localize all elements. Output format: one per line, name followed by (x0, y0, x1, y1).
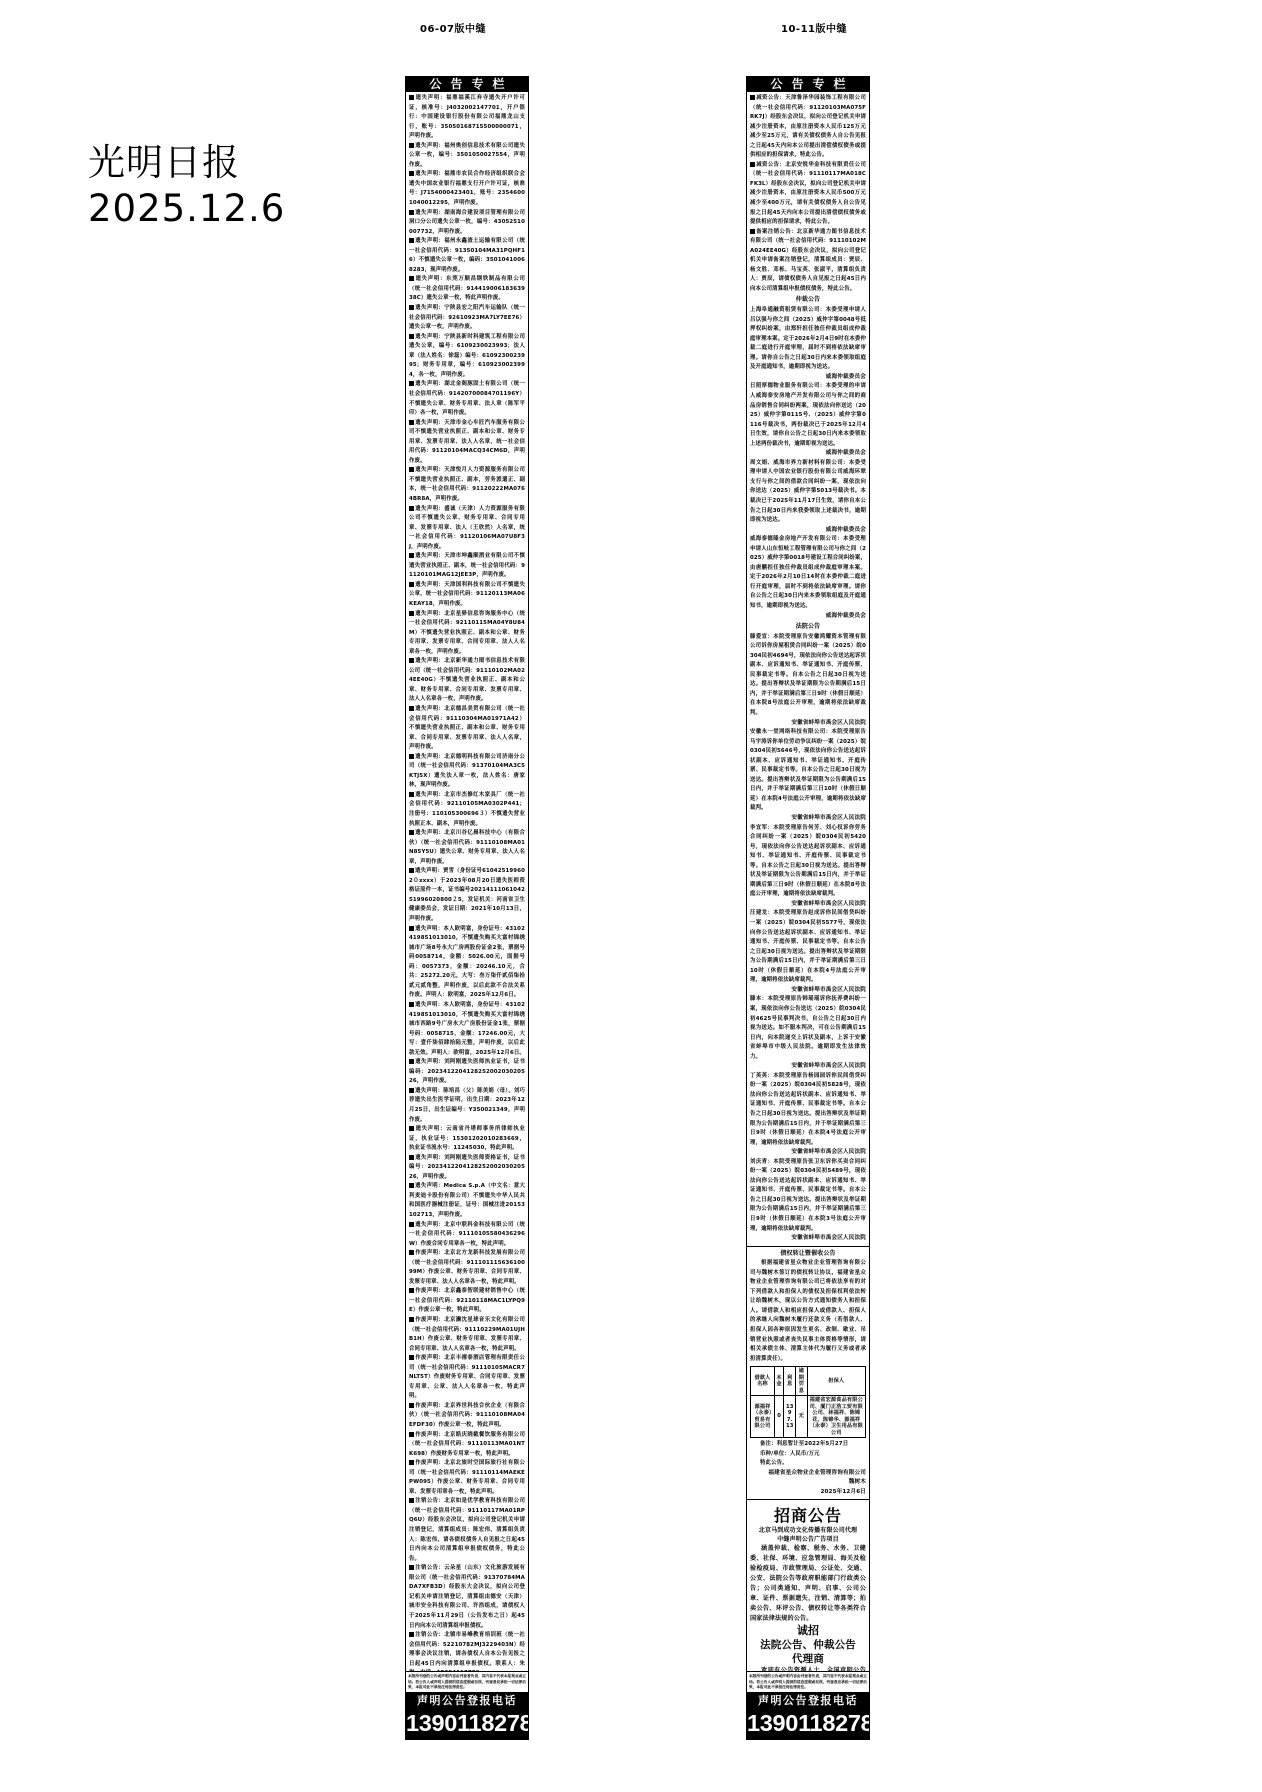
notice-text: ：天津市金心车匠汽车服务有限公司不慎遗失营业执照正、副本和公章、财务专用章、发票… (409, 420, 525, 464)
notice-text: ：北京安锐华金科技有限责任公司（统一社会信用代码：91110117MA018CF… (750, 162, 866, 225)
notice-item: 作废声明：北京皓庆晓截餐饮服务有限公司（统一社会信用代码：91110113MA0… (409, 1431, 525, 1460)
notice-list: 遗失声明：福鼎福溪江弃寺遗失开户许可证，核准号：J4032002147701，开… (406, 92, 528, 1671)
recruit-ad: 招商公告 北京马到成功文化传播有限公司代理 中缝声明公告广告项目 涵盖仲裁、检察… (750, 1502, 866, 1671)
notice-item: 遗失声明：盛诚（天津）人力资源服务有限公司不慎遗失公章、财务专用章、合同专用章、… (409, 505, 525, 553)
notice-signer: 安徽省蚌埠市禹会区人民法院 (750, 900, 866, 910)
bullet-square-icon (409, 1317, 414, 1322)
bullet-square-icon (409, 467, 414, 472)
bullet-square-icon (409, 171, 414, 176)
bullet-square-icon (409, 506, 414, 511)
notice-item: 遗失声明：福州永鑫渣土运输有限公司（统一社会信用代码：91350104MA31P… (409, 237, 525, 275)
notice-item: 作废声明：北京濑沈星球音乐文化有限公司（统一社会信用代码：91110229MA0… (409, 1316, 525, 1354)
notice-kind: 遗失声明 (415, 611, 438, 617)
notice-text: ：本委受理申请人山东恒岐工程管理有限公司与你之间（2025）威仲字第0018号建… (750, 536, 866, 609)
left-notice-column: 公告专栏 遗失声明：福鼎福溪江弃寺遗失开户许可证，核准号：J4032002147… (405, 76, 529, 1740)
disclaimer: 本版所刊登的公告或声明内容由刊登者负责，其内容不代表本报观点或立场。若公告人或声… (406, 1671, 528, 1692)
notice-item: 滕本：本院受理原告韩瑶瑶诉你抚养费纠纷一案，现依法向你公告送达（2025）皖03… (750, 995, 866, 1062)
notice-item: 安徽永一堂网络科技有限公司：本院受理原告马宇涛诉你单位劳动争议纠纷一案（2025… (750, 728, 866, 814)
hotline-banner: 声明公告登报电话 13901182789 (406, 1692, 528, 1739)
recruit-title: 招商公告 (750, 1506, 866, 1526)
notice-item: 遗失声明：云南省丹塔师事务所律师执业证，执业证号：153012020102836… (409, 1125, 525, 1154)
fold-label-left: 06-07版中缝 (420, 20, 486, 35)
notice-item: 上海阜通融资租赁有限公司：本委受理申请人吕以强与你之间（2025）威仲字第004… (750, 306, 866, 373)
notice-item: 注销公告：北镇市易峰教育培训班（统一社会信用代码：52210782MJ32294… (409, 1631, 525, 1671)
notice-recipient: 上海阜通融资租赁有限公司 (750, 307, 820, 313)
table-cell: 0 (774, 1396, 783, 1438)
notice-kind: 遗失声明 (415, 95, 440, 101)
hotline-phone: 13901182789 (406, 1709, 528, 1739)
bullet-square-icon (409, 210, 414, 215)
table-header-cell: 本金 (774, 1367, 783, 1396)
notice-kind: 遗失声明 (415, 792, 438, 798)
table-header-cell: 利息 (784, 1367, 796, 1396)
bullet-square-icon (409, 1565, 414, 1570)
recruit-invite: 诚招 (750, 1624, 866, 1638)
notice-kind: 遗失声明 (415, 506, 438, 512)
hotline-label: 声明公告登报电话 (747, 1692, 869, 1709)
notice-item: 滕爱宣：本院受理原告安徽鸿耀资本管理有限公司诉你房屋租赁合同纠纷一案（2025）… (750, 633, 866, 719)
notice-signer: 安徽省蚌埠市禹会区人民法院 (750, 1148, 866, 1158)
bullet-square-icon (409, 611, 414, 616)
notice-kind: 遗失声明 (415, 171, 438, 177)
notice-text: ：北京新华通力图书信息技术有限公司（统一社会信用代码：91110102MA024… (750, 229, 866, 292)
notice-text: ：本院受理原告韩瑶瑶诉你抚养费纠纷一案，现依法向你公告送达（2025）皖0304… (750, 996, 866, 1059)
notice-item: 遗失声明：天津市坤鑫顺酒业有限公司不慎遗失营业执照正、副本，统一社会信用代码：9… (409, 552, 525, 581)
notice-kind: 作废声明 (415, 1250, 438, 1256)
notice-text: ：本院受理原告安徽鸿耀资本管理有限公司诉你房屋租赁合同纠纷一案（2025）皖03… (750, 634, 866, 716)
notice-item: 遗失声明：Medica S.p.A（中文名：意大利麦迪卡股份有限公司）不慎遗失中… (409, 1182, 525, 1220)
notice-recipient: 周文娟、威海市界力新材料有限公司 (750, 460, 843, 466)
notice-text: ：天津鲁泽华园装饰工程有限公司（统一社会信用代码：91120103MA075FR… (750, 95, 866, 158)
transfer-signer-2: 魏树木 (750, 1478, 866, 1488)
notice-kind: 遗失声明 (415, 210, 438, 216)
notice-recipient: 安徽永一堂网络科技有限公司 (750, 729, 826, 735)
notice-item: 作废声明：北京北方龙新科技发展有限公司（统一社会信用代码：91110111563… (409, 1249, 525, 1287)
masthead: 光明日报 2025.12.6 (88, 140, 285, 232)
notice-item: 遗失声明：北京中联科金科技有限公司（统一社会信用代码：9111010558043… (409, 1221, 525, 1250)
notice-kind: 遗失声明 (415, 926, 438, 932)
notice-text: ：本院受理原告杨园园诉你民间借贷纠纷一案（2025）皖0304民初5828号，现… (750, 1073, 866, 1146)
notice-signer: 安徽省蚌埠市禹会区人民法院 (750, 1062, 866, 1072)
hotline-banner: 声明公告登报电话 13901182789 (747, 1692, 869, 1739)
bullet-square-icon (750, 95, 755, 100)
notice-kind: 遗失声明 (415, 830, 438, 836)
notice-kind: 作废声明 (415, 1432, 438, 1438)
notice-item: 作废声明：北京界世科技合伙企业（有限合伙）（统一社会信用代码：91110108M… (409, 1402, 525, 1431)
notice-item: 遗失声明：北京德昌美贸有限公司（统一社会信用代码：91110304MA01971… (409, 705, 525, 753)
notice-text: ：本院受理原告赵成诉你民间借贷纠纷一案（2025）皖0304民初5577号，现依… (750, 910, 866, 983)
notice-signer: 安徽省蚌埠市禹会区人民法院 (750, 986, 866, 996)
notice-item: 遗失声明：本人欧明富，身份证号：43102419851013010，不慎遗失购买… (409, 925, 525, 1001)
bullet-square-icon (409, 582, 414, 587)
notice-kind: 遗失声明 (415, 1155, 438, 1161)
bullet-square-icon (409, 1088, 414, 1093)
notice-kind: 遗失声明 (415, 553, 438, 559)
notice-kind: 遗失声明 (415, 658, 438, 664)
recruit-body: 涵盖仲裁、检察、税务、水务、卫健委、社保、环境、应急管理局、海关及检验检疫局、市… (750, 1544, 866, 1624)
notice-item: 遗失声明：北京新华通力图书信息技术有限公司（统一社会信用代码：91110102M… (409, 657, 525, 705)
notice-item: 日照厚德物业服务有限公司：本委受理的申请人威海泰安房地产开发有限公司与你之间的商… (750, 382, 866, 449)
table-header-cell: 借款人名称 (751, 1367, 775, 1396)
bullet-square-icon (750, 229, 755, 234)
notice-signer: 安徽省蚌埠市禹会区人民法院 (750, 719, 866, 729)
notice-item: 遗失声明：天津悦月人力资源服务有限公司不慎遗失营业执照正、副本，劳务派遣正、副本… (409, 466, 525, 504)
notice-kind: 遗失声明 (415, 706, 438, 712)
notice-kind: 遗失声明 (415, 582, 438, 588)
notice-text: ：北京新华通力图书信息技术有限公司（统一社会信用代码：91110102MA024… (409, 658, 525, 702)
bullet-square-icon (409, 754, 414, 759)
bullet-square-icon (409, 1355, 414, 1360)
notice-recipient: 威海泰德隆金房地产开发有限公司 (750, 536, 837, 542)
notice-kind: 作废声明 (415, 1403, 438, 1409)
notice-text: ：本委受理申请人中国农业银行股份有限公司威海环翠支行与你之间的借款合同纠纷一案，… (750, 460, 866, 523)
disclaimer: 本版所刊登的公告或声明内容由刊登者负责，其内容不代表本报观点或立场。若公告人或声… (747, 1671, 869, 1692)
notice-signer: 威海仲裁委员会 (750, 612, 866, 622)
notice-kind: 遗失声明 (415, 1222, 438, 1228)
notice-recipient: 丁英英 (750, 1073, 767, 1079)
notice-item: 作废声明：北京鑫泰智联建材销售中心（统一社会信用代码：92110118MAC1L… (409, 1287, 525, 1316)
notice-item: 作废声明：北京北旅时空国际旅行社有限公司（统一社会信用代码：91110114MA… (409, 1459, 525, 1497)
bullet-square-icon (409, 1059, 414, 1064)
notice-kind: 作废声明 (415, 1460, 438, 1466)
bullet-square-icon (409, 1155, 414, 1160)
paper-name: 光明日报 (88, 140, 285, 186)
table-cell: 无 (796, 1396, 807, 1438)
notice-kind: 作废声明 (415, 1355, 438, 1361)
notice-text: ：盛诚（天津）人力资源服务有限公司不慎遗失公章、财务专用章、合同专用章、发票专用… (409, 506, 525, 550)
notice-item: 李宜军：本院受理原告何芳、刘心权诉你劳务合同纠纷一案（2025）皖0304民初5… (750, 824, 866, 900)
notice-item: 备案注销公告：北京新华通力图书信息技术有限公司（统一社会信用代码：9111010… (750, 228, 866, 295)
notice-item: 遗失声明：北京星驿信息咨询服务中心（统一社会信用代码：92110115MA04Y… (409, 610, 525, 658)
notice-recipient: 李宜军 (750, 825, 767, 831)
bullet-square-icon (409, 1403, 414, 1408)
column-header: 公告专栏 (747, 77, 869, 92)
bullet-square-icon (750, 162, 755, 167)
notice-kind: 遗失声明 (415, 1183, 438, 1189)
notice-kind: 遗失声明 (415, 467, 438, 473)
notice-text: ：本院受理原告何芳、刘心权诉你劳务合同纠纷一案（2025）皖0304民初5420… (750, 825, 866, 898)
bullet-square-icon (409, 1002, 414, 1007)
bullet-square-icon (409, 276, 414, 281)
notice-text: ：北京德昌美贸有限公司（统一社会信用代码：91110304MA01971A42）… (409, 706, 525, 750)
notice-item: 遗失声明：北京市杰修红木家具厂（统一社会信用代码：92110105MA0302P… (409, 791, 525, 829)
notice-kind: 遗失声明 (415, 143, 438, 149)
bullet-square-icon (409, 553, 414, 558)
notice-item: 遗失声明：东莞万顺昌钢铁制品有限公司（统一社会信用代码：914419006183… (409, 275, 525, 304)
bullet-square-icon (409, 706, 414, 711)
section-divider (747, 1246, 869, 1247)
bullet-square-icon (409, 830, 414, 835)
notice-signer: 威海仲裁委员会 (750, 373, 866, 383)
section-title: 法院公告 (750, 622, 866, 632)
notice-item: 遗失声明：北京德明科技有限公司济南分公司（统一社会信用代码：91370104MA… (409, 753, 525, 791)
bullet-square-icon (409, 1432, 414, 1437)
notice-kind: 遗失声明 (415, 1126, 440, 1132)
bullet-square-icon (409, 1288, 414, 1293)
table-cell: 源福祥（永泰）贸易有限公司 (751, 1396, 775, 1438)
notice-item: 汪建龙：本院受理原告赵成诉你民间借贷纠纷一案（2025）皖0304民初5577号… (750, 909, 866, 985)
notice-item: 遗失声明：刘阿刚遗失医师资格证书，证书编号：202341220412825200… (409, 1154, 525, 1183)
transfer-notice: 债权转让暨催收公告 根据福建省星众物业企业管理咨询有限公司与魏树木签订的债权转让… (750, 1249, 866, 1498)
notice-item: 注销公告：北京如是优学教育科技有限公司（统一社会信用代码：91110117MA0… (409, 1497, 525, 1564)
notice-kind: 遗失声明 (415, 381, 438, 387)
table-cell: 1397.13 (784, 1396, 796, 1438)
notice-signer: 威海仲裁委员会 (750, 449, 866, 459)
loan-table: 借款人名称本金利息逾期罚息担保人 源福祥（永泰）贸易有限公司01397.13无福… (750, 1366, 866, 1438)
table-cell: 福建省宏源食品有限公司、厦门正浩工贸有限公司、林福祥、陈锦花、陈锦华、源福祥（永… (807, 1396, 865, 1438)
notice-signer: 威海仲裁委员会 (750, 526, 866, 536)
recruit-agents: 代理商 (750, 1652, 866, 1666)
notice-item: 遗失声明：湖南海合建设项目管理有限公司洞口分公司遗失公章一枚，编号：430525… (409, 209, 525, 238)
recruit-agents: 法院公告、仲裁公告 (750, 1638, 866, 1652)
bullet-square-icon (409, 1632, 414, 1637)
notice-kind: 减资公告 (756, 95, 779, 101)
notice-kind: 备案注销公告 (756, 229, 791, 235)
table-header-cell: 担保人 (807, 1367, 865, 1396)
notice-kind: 遗失声明 (415, 754, 438, 760)
notice-item: 遗失声明：福州奥创信息技术有限公司遗失公章一枚，编号：3501050027554… (409, 142, 525, 171)
transfer-note: 特此公告。 (750, 1459, 866, 1469)
notice-item: 遗失声明：刘阿刚遗失医师执业证书，证书编码：202341220412825200… (409, 1058, 525, 1087)
notice-recipient: 日照厚德物业服务有限公司 (750, 383, 820, 389)
notice-kind: 遗失声明 (415, 238, 438, 244)
notice-item: 遗失声明：天津市金心车匠汽车服务有限公司不慎遗失营业执照正、副本和公章、财务专用… (409, 419, 525, 467)
bullet-square-icon (409, 1460, 414, 1465)
transfer-note: 备注：利息暂计至2022年5月27日 (750, 1440, 866, 1450)
notice-list: 减资公告：天津鲁泽华园装饰工程有限公司（统一社会信用代码：91120103MA0… (747, 92, 869, 1671)
notice-item: 减资公告：天津鲁泽华园装饰工程有限公司（统一社会信用代码：91120103MA0… (750, 94, 866, 161)
notice-signer: 安徽省蚌埠市禹会区人民法院 (750, 814, 866, 824)
bullet-square-icon (409, 238, 414, 243)
notice-recipient: 刘庆青 (750, 1159, 767, 1165)
notice-text: ：本院受理原告马宇涛诉你单位劳动争议纠纷一案（2025）皖0304民初5646号… (750, 729, 866, 811)
notice-kind: 遗失声明 (415, 420, 438, 426)
bullet-square-icon (409, 420, 414, 425)
notice-text: ：本院受理原告张卫东诉你买卖合同纠纷一案（2025）皖0304民初5489号，现… (750, 1159, 866, 1232)
notice-kind: 作废声明 (415, 1288, 438, 1294)
notice-item: 遗失声明：湖北金阁豚固土有限公司（统一社会信用代码：91420700084701… (409, 380, 525, 418)
notice-text: ：宁陕县新时科建筑工程有限公司遗失公章，编号：6109230023993；法人章… (409, 334, 525, 378)
bullet-square-icon (409, 658, 414, 663)
notice-item: 威海泰德隆金房地产开发有限公司：本委受理申请人山东恒岐工程管理有限公司与你之间（… (750, 535, 866, 611)
notice-text: ：本委受理申请人吕以强与你之间（2025）威仲字第0048号抵押权纠纷案，由郑轩… (750, 307, 866, 370)
fold-label-right: 10-11版中缝 (781, 20, 847, 35)
notice-kind: 遗失声明 (415, 1002, 438, 1008)
issue-date: 2025.12.6 (88, 186, 285, 232)
transfer-signer: 福建省星众物业企业管理咨询有限公司 (750, 1469, 866, 1479)
transfer-date: 2025年12月6日 (750, 1488, 866, 1498)
notice-kind: 遗失声明 (415, 334, 438, 340)
notice-recipient: 滕爱宣 (750, 634, 767, 640)
notice-text: ：北京如是优学教育科技有限公司（统一社会信用代码：91110117MA01RPQ… (409, 1498, 525, 1561)
notice-recipient: 汪建龙 (750, 910, 767, 916)
bullet-square-icon (409, 1183, 414, 1188)
bullet-square-icon (409, 868, 414, 873)
bullet-square-icon (409, 1126, 414, 1131)
notice-item: 遗失声明：本人欧明富，身份证号：43102419851013010，不慎遗失购买… (409, 1001, 525, 1058)
hotline-phone: 13901182789 (747, 1709, 869, 1739)
notice-item: 遗失声明：陈培昌（父）陈美娟（母），刘巧荐遗失出生医学证明，出生日期：2023年… (409, 1087, 525, 1125)
notice-item: 周文娟、威海市界力新材料有限公司：本委受理申请人中国农业银行股份有限公司威海环翠… (750, 459, 866, 526)
notice-item: 刘庆青：本院受理原告张卫东诉你买卖合同纠纷一案（2025）皖0304民初5489… (750, 1158, 866, 1234)
notice-item: 遗失声明：天津国利科技有限公司不慎遗失公章，统一社会信用代码：91120113M… (409, 581, 525, 610)
notice-signer: 安徽省蚌埠市禹会区人民法院 (750, 1234, 866, 1244)
notice-kind: 作废声明 (415, 1317, 438, 1323)
notice-kind: 减资公告 (756, 162, 779, 168)
notice-text: ：北京星驿信息咨询服务中心（统一社会信用代码：92110115MA04Y8U84… (409, 611, 525, 655)
notice-item: 注销公告：云朵星（山东）文化旅游发展有限公司（统一社会信用代码：91370784… (409, 1564, 525, 1631)
notice-kind: 遗失声明 (415, 868, 437, 874)
bullet-square-icon (409, 1498, 414, 1503)
notice-item: 丁英英：本院受理原告杨园园诉你民间借贷纠纷一案（2025）皖0304民初5828… (750, 1072, 866, 1148)
notice-item: 遗失声明：福鼎福溪江弃寺遗失开户许可证，核准号：J4032002147701，开… (409, 94, 525, 142)
hotline-label: 声明公告登报电话 (406, 1692, 528, 1709)
bullet-square-icon (409, 305, 414, 310)
notice-kind: 遗失声明 (415, 1088, 438, 1094)
notice-recipient: 滕本 (750, 996, 762, 1002)
bullet-square-icon (409, 95, 414, 100)
notice-text: ：贾雪（身份证号610425199602０xxxx）于2023年08月20日遗失… (409, 868, 525, 922)
notice-text: ：北京丰禧泰酒店管理有限责任公司（统一社会信用代码：91110105MACR7N… (409, 1355, 525, 1399)
table-header-cell: 逾期罚息 (796, 1367, 807, 1396)
notice-kind: 注销公告 (415, 1565, 438, 1571)
recruit-subtitle: 中缝声明公告广告项目 (750, 1535, 866, 1544)
bullet-square-icon (409, 926, 414, 931)
notice-kind: 遗失声明 (415, 1059, 438, 1065)
notice-text: ：本委受理的申请人威海泰安房地产开发有限公司与你之间的商品房销售合同纠纷两案，现… (750, 383, 866, 446)
notice-item: 遗失声明：宁陕县新时科建筑工程有限公司遗失公章，编号：6109230023993… (409, 333, 525, 381)
notice-kind: 遗失声明 (415, 276, 440, 282)
bullet-square-icon (409, 792, 414, 797)
bullet-square-icon (409, 334, 414, 339)
notice-text: ：本人欧明富，身份证号：43102419851013010，不慎遗失购买大富村锦… (409, 1002, 525, 1056)
bullet-square-icon (409, 143, 414, 148)
notice-item: 遗失声明：北京川谷亿晨科技中心（有限合伙）（统一社会信用代码：91110108M… (409, 829, 525, 867)
section-divider (747, 1499, 869, 1500)
notice-item: 减资公告：北京安锐华金科技有限责任公司（统一社会信用代码：91110117MA0… (750, 161, 866, 228)
right-notice-column: 公告专栏 减资公告：天津鲁泽华园装饰工程有限公司（统一社会信用代码：911201… (746, 76, 870, 1740)
notice-item: 遗失声明：贾雪（身份证号610425199602０xxxx）于2023年08月2… (409, 867, 525, 924)
notice-item: 遗失声明：宁陕县宏之阳汽车运输队（统一社会信用代码：92610923MA7LY7… (409, 304, 525, 333)
notice-text: ：福鼎福溪江弃寺遗失开户许可证，核准号：J4032002147701，开户银行：… (409, 95, 525, 139)
bullet-square-icon (409, 1222, 414, 1227)
notice-text: ：云朵星（山东）文化旅游发展有限公司（统一社会信用代码：91370784MADA… (409, 1565, 525, 1628)
transfer-note: 币种/单位：人民币/万元 (750, 1450, 866, 1460)
notice-item: 遗失声明：福鼎市农民合作经济组织联合会遗失中国农业银行福鼎支行开户许可证，核准号… (409, 170, 525, 208)
table-row: 源福祥（永泰）贸易有限公司01397.13无福建省宏源食品有限公司、厦门正浩工贸… (751, 1396, 866, 1438)
bullet-square-icon (409, 381, 414, 386)
notice-text: ：本人欧明富，身份证号：43102419851013010，不慎遗失购买大富村锦… (409, 926, 525, 999)
notice-kind: 注销公告 (415, 1632, 438, 1638)
section-title: 仲裁公告 (750, 295, 866, 305)
transfer-title: 债权转让暨催收公告 (750, 1249, 866, 1259)
notice-kind: 注销公告 (415, 1498, 438, 1504)
notice-item: 作废声明：北京丰禧泰酒店管理有限责任公司（统一社会信用代码：91110105MA… (409, 1354, 525, 1402)
bullet-square-icon (409, 1250, 414, 1255)
notice-kind: 遗失声明 (415, 305, 438, 311)
transfer-body: 根据福建省星众物业企业管理咨询有限公司与魏树木签订的债权转让协议，福建省星众物业… (750, 1259, 866, 1364)
column-header: 公告专栏 (406, 77, 528, 92)
recruit-subtitle: 北京马到成功文化传播有限公司代理 (750, 1526, 866, 1535)
